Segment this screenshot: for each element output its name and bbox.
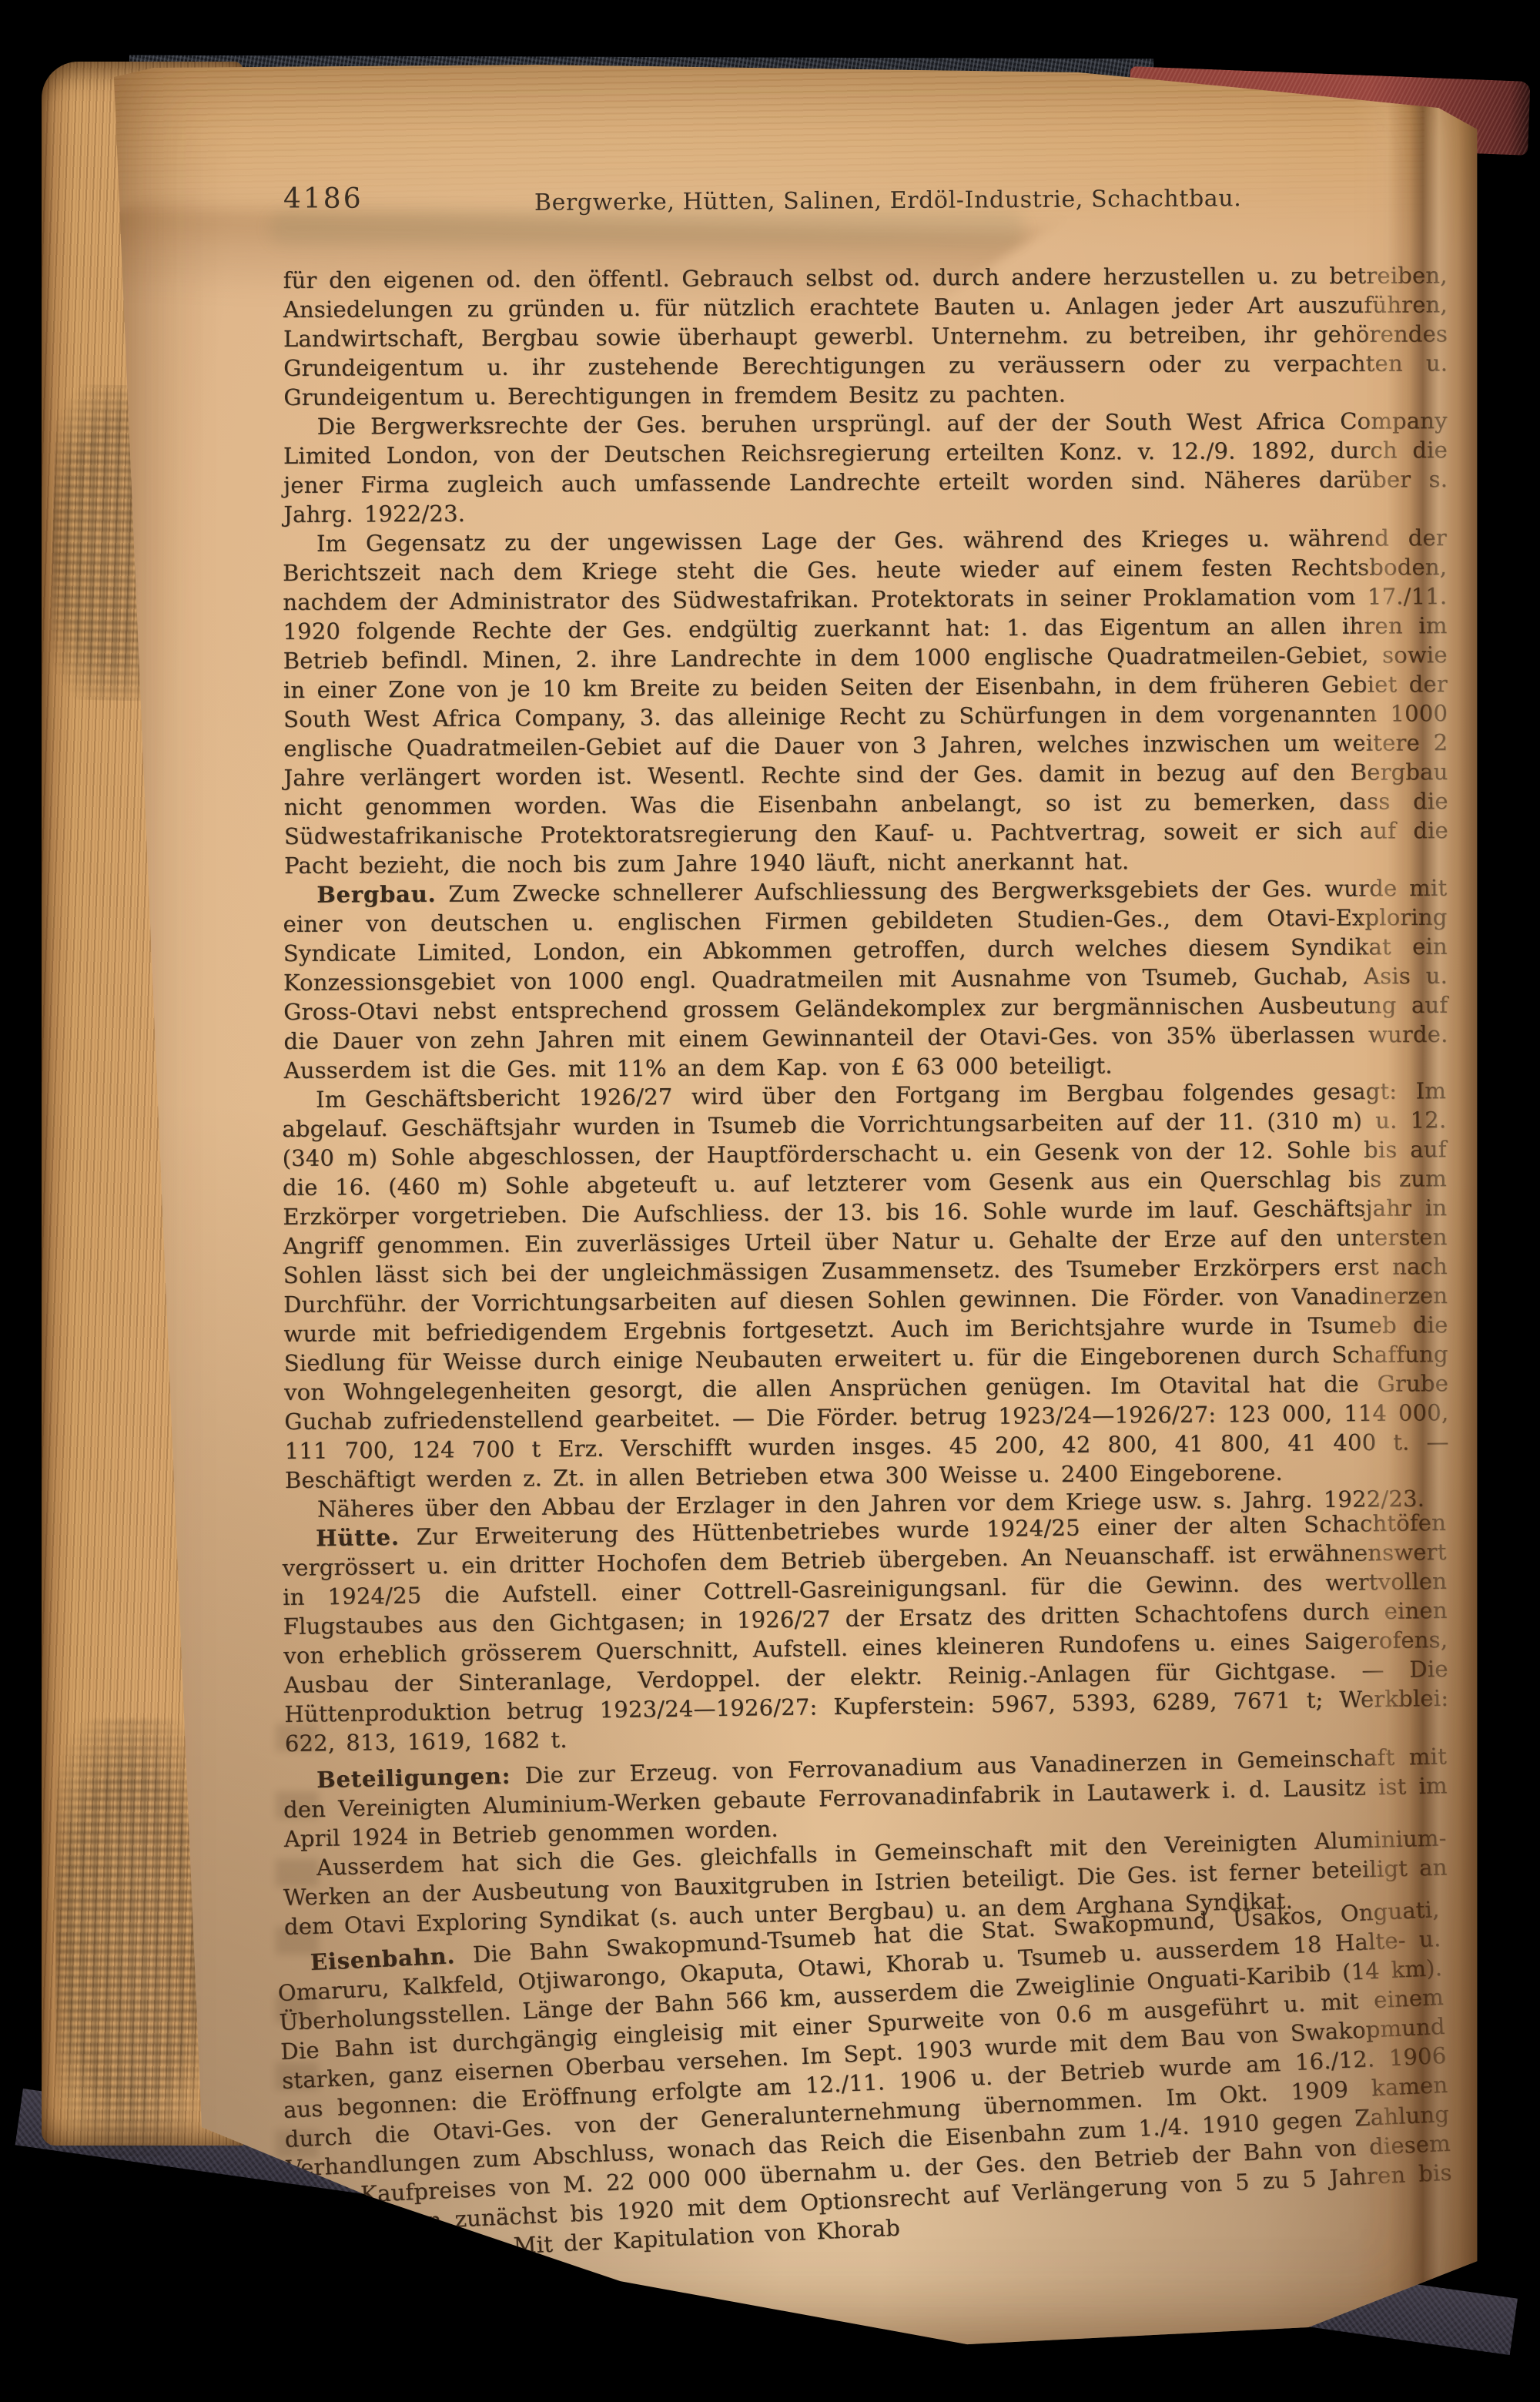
section-heading: Eisenbahn. [310, 1942, 456, 1975]
page-header: 4186 Bergwerke, Hütten, Salinen, Erdöl-I… [283, 183, 1448, 215]
paragraph-text: Die Bergwerksrechte der Ges. beruhen urs… [283, 407, 1448, 528]
running-title: Bergwerke, Hütten, Salinen, Erdöl-Indust… [363, 184, 1448, 218]
paragraph-text: Im Gegensatz zu der ungewissen Lage der … [283, 524, 1448, 879]
paragraph: Bergbau. Zum Zwecke schnellerer Aufschli… [283, 873, 1448, 1085]
paragraph-text: Zum Zwecke schnellerer Aufschliessung de… [283, 875, 1448, 1084]
paragraph-text: für den eigenen od. den öffentl. Gebrauc… [283, 262, 1448, 410]
paragraph: Im Geschäftsbericht 1926/27 wird über de… [282, 1076, 1449, 1495]
paragraph: Im Gegensatz zu der ungewissen Lage der … [283, 523, 1448, 880]
text-column: für den eigenen od. den öffentl. Gebrauc… [283, 266, 1448, 2271]
book-page: 4186 Bergwerke, Hütten, Salinen, Erdöl-I… [108, 43, 1478, 2347]
section-heading: Beteiligungen: [316, 1763, 511, 1793]
section-heading: Hütte. [316, 1524, 400, 1552]
book-photo: { "page": { "number": "4186", "running_t… [0, 0, 1540, 2402]
paragraph: Die Bergwerksrechte der Ges. beruhen urs… [283, 406, 1448, 529]
page-right-fold-shading [1355, 43, 1478, 2347]
paragraph-text: Zur Erweiterung des Hüttenbetriebes wurd… [282, 1509, 1448, 1757]
page-number: 4186 [283, 183, 363, 215]
photo-scene: 4186 Bergwerke, Hütten, Salinen, Erdöl-I… [0, 0, 1540, 2402]
page-content: 4186 Bergwerke, Hütten, Salinen, Erdöl-I… [283, 183, 1448, 2271]
section-heading: Bergbau. [316, 881, 436, 908]
paragraph: Hütte. Zur Erweiterung des Hüttenbetrieb… [282, 1508, 1449, 1758]
paragraph: Eisenbahn. Die Bahn Swakopmund-Tsumeb ha… [276, 1894, 1454, 2271]
paragraph: für den eigenen od. den öffentl. Gebrauc… [283, 260, 1448, 412]
paragraph-text: Im Geschäftsbericht 1926/27 wird über de… [282, 1077, 1449, 1493]
